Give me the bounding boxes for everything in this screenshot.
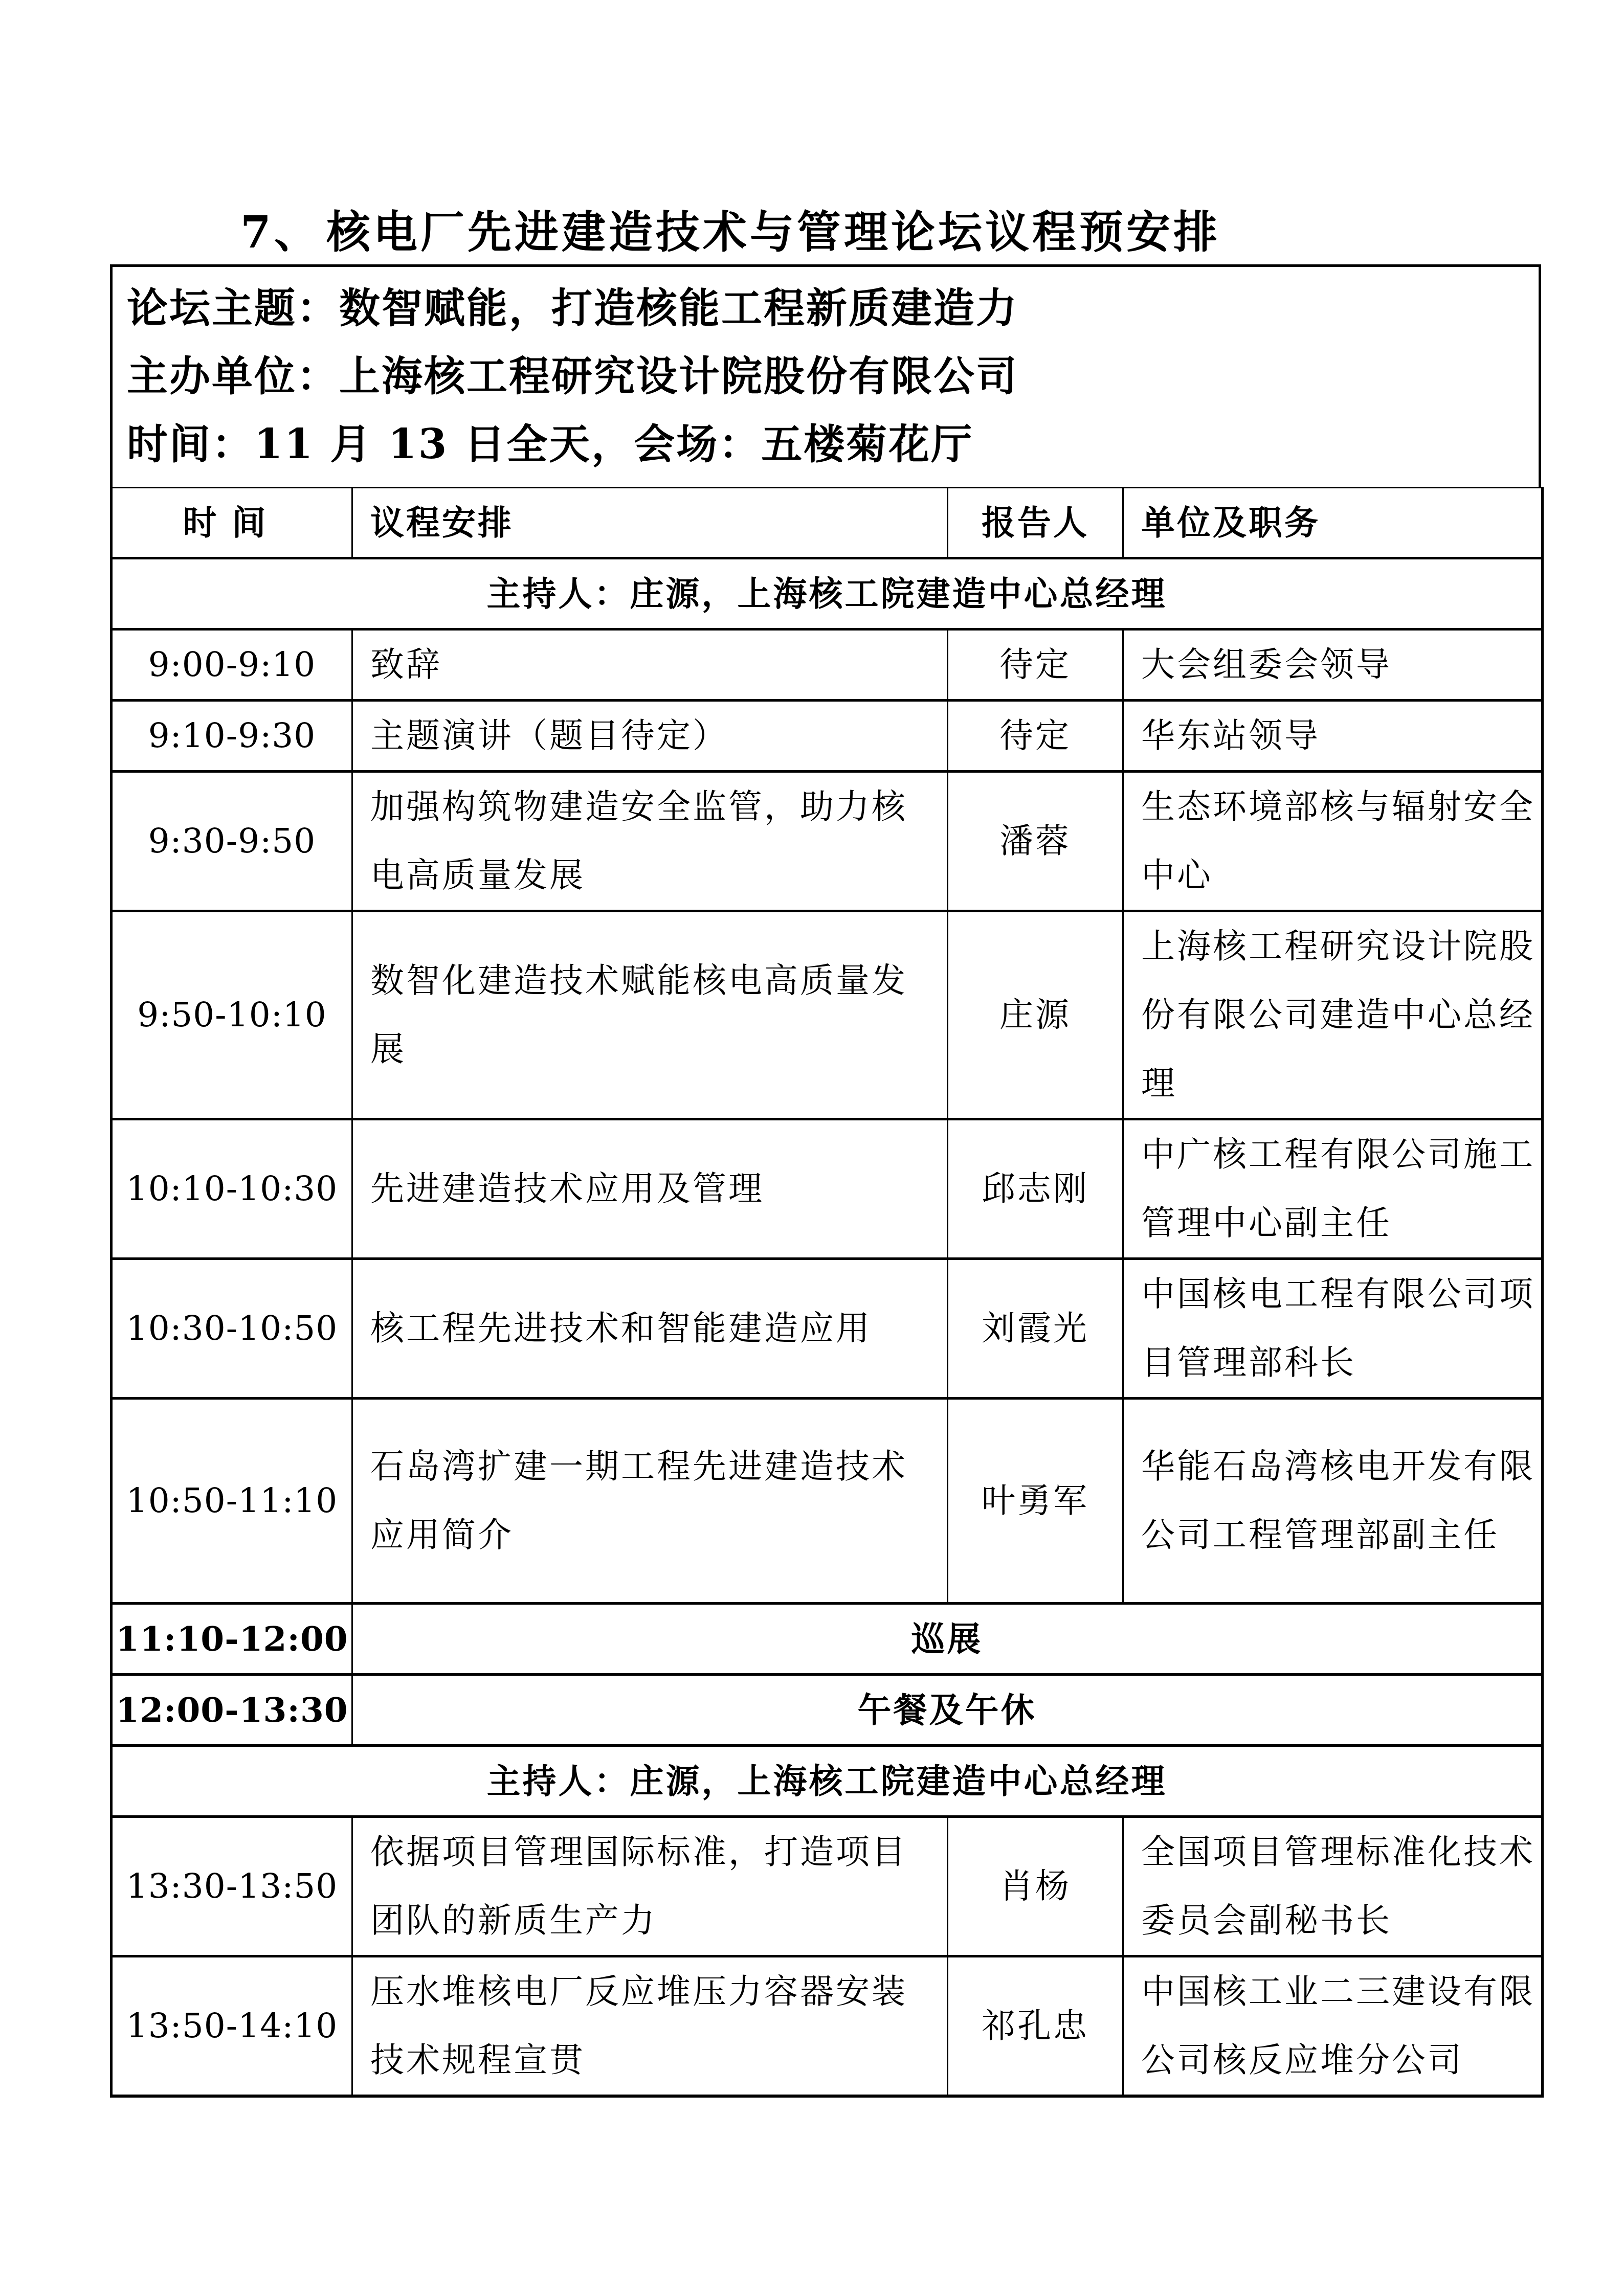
row-unit: 中广核工程有限公司施工管理中心副主任 [1123,1119,1543,1259]
page-title: 7、核电厂先进建造技术与管理论坛议程预安排 [240,202,1220,263]
forum-theme: 论坛主题：数智赋能，打造核能工程新质建造力 [127,282,1018,333]
row-topic: 压水堆核电厂反应堆压力容器安装技术规程宣贯 [352,1956,948,2097]
header-agenda: 议程安排 [352,488,948,558]
break-label: 午餐及午休 [352,1675,1543,1746]
row-topic: 核工程先进技术和智能建造应用 [352,1259,948,1399]
row-time: 9:00-9:10 [112,629,352,701]
break-time: 11:10-12:00 [112,1604,352,1675]
header-time: 时间 [112,488,352,558]
break-row: 12:00-13:30 午餐及午休 [112,1675,1543,1746]
section-title: 核电厂先进建造技术与管理论坛议程预安排 [326,207,1220,258]
row-topic: 石岛湾扩建一期工程先进建造技术应用简介 [352,1399,948,1604]
section-number: 7、 [240,202,326,263]
row-speaker: 邱志刚 [948,1119,1123,1259]
row-topic: 致辞 [352,629,948,701]
row-speaker: 潘蓉 [948,772,1123,911]
row-unit: 全国项目管理标准化技术委员会副秘书长 [1123,1817,1543,1956]
forum-time-venue: 时间：11 月 13 日全天，会场：五楼菊花厅 [127,418,973,469]
row-unit: 生态环境部核与辐射安全中心 [1123,772,1543,911]
host-afternoon: 主持人：庄源，上海核工院建造中心总经理 [112,1746,1543,1817]
row-topic: 主题演讲（题目待定） [352,701,948,772]
table-row: 13:50-14:10 压水堆核电厂反应堆压力容器安装技术规程宣贯 祁孔忠 中国… [112,1956,1543,2097]
row-unit: 上海核工程研究设计院股份有限公司建造中心总经理 [1123,911,1543,1119]
break-time: 12:00-13:30 [112,1675,352,1746]
table-row: 10:10-10:30 先进建造技术应用及管理 邱志刚 中广核工程有限公司施工管… [112,1119,1543,1259]
row-time: 10:10-10:30 [112,1119,352,1259]
row-time: 9:10-9:30 [112,701,352,772]
row-speaker: 刘霞光 [948,1259,1123,1399]
row-speaker: 庄源 [948,911,1123,1119]
row-time: 13:50-14:10 [112,1956,352,2097]
host-row-morning: 主持人：庄源，上海核工院建造中心总经理 [112,558,1543,629]
table-header-row: 时间 议程安排 报告人 单位及职务 [112,488,1543,558]
table-row: 9:50-10:10 数智化建造技术赋能核电高质量发展 庄源 上海核工程研究设计… [112,911,1543,1119]
table-row: 10:30-10:50 核工程先进技术和智能建造应用 刘霞光 中国核电工程有限公… [112,1259,1543,1399]
forum-organizer: 主办单位：上海核工程研究设计院股份有限公司 [127,350,1018,401]
header-speaker: 报告人 [948,488,1123,558]
row-topic: 依据项目管理国际标准，打造项目团队的新质生产力 [352,1817,948,1956]
row-time: 9:30-9:50 [112,772,352,911]
header-unit: 单位及职务 [1123,488,1543,558]
row-topic: 数智化建造技术赋能核电高质量发展 [352,911,948,1119]
agenda-table: 时间 议程安排 报告人 单位及职务 主持人：庄源，上海核工院建造中心总经理 9:… [110,487,1544,2098]
row-speaker: 叶勇军 [948,1399,1123,1604]
row-topic: 先进建造技术应用及管理 [352,1119,948,1259]
table-row: 9:30-9:50 加强构筑物建造安全监管，助力核电高质量发展 潘蓉 生态环境部… [112,772,1543,911]
row-unit: 中国核工业二三建设有限公司核反应堆分公司 [1123,1956,1543,2097]
row-speaker: 待定 [948,701,1123,772]
table-row: 10:50-11:10 石岛湾扩建一期工程先进建造技术应用简介 叶勇军 华能石岛… [112,1399,1543,1604]
host-morning: 主持人：庄源，上海核工院建造中心总经理 [112,558,1543,629]
table-row: 9:00-9:10 致辞 待定 大会组委会领导 [112,629,1543,701]
break-label: 巡展 [352,1604,1543,1675]
row-speaker: 祁孔忠 [948,1956,1123,2097]
row-time: 9:50-10:10 [112,911,352,1119]
row-time: 10:50-11:10 [112,1399,352,1604]
row-unit: 华能石岛湾核电开发有限公司工程管理部副主任 [1123,1399,1543,1604]
row-speaker: 待定 [948,629,1123,701]
table-row: 9:10-9:30 主题演讲（题目待定） 待定 华东站领导 [112,701,1543,772]
host-row-afternoon: 主持人：庄源，上海核工院建造中心总经理 [112,1746,1543,1817]
forum-info-box: 论坛主题：数智赋能，打造核能工程新质建造力 主办单位：上海核工程研究设计院股份有… [110,264,1541,487]
row-time: 10:30-10:50 [112,1259,352,1399]
row-time: 13:30-13:50 [112,1817,352,1956]
row-speaker: 肖杨 [948,1817,1123,1956]
row-unit: 中国核电工程有限公司项目管理部科长 [1123,1259,1543,1399]
row-topic: 加强构筑物建造安全监管，助力核电高质量发展 [352,772,948,911]
table-row: 13:30-13:50 依据项目管理国际标准，打造项目团队的新质生产力 肖杨 全… [112,1817,1543,1956]
row-unit: 华东站领导 [1123,701,1543,772]
row-unit: 大会组委会领导 [1123,629,1543,701]
break-row: 11:10-12:00 巡展 [112,1604,1543,1675]
